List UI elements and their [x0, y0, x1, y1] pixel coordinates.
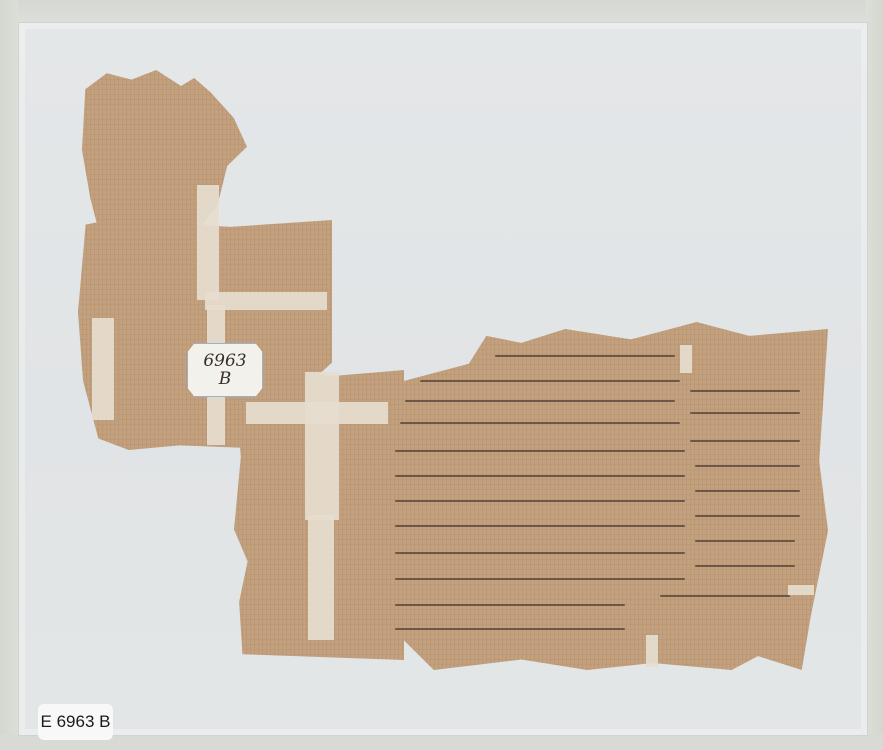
tape-strip [197, 185, 219, 300]
ink-line [405, 400, 675, 402]
frame-edge-right [866, 0, 883, 750]
tape-strip [92, 318, 114, 420]
frame-edge-bottom [0, 734, 883, 750]
glass-frame: 6963 B E 6963 B [0, 0, 883, 750]
ink-line [400, 422, 680, 424]
inventory-code: E 6963 B [41, 712, 111, 732]
ink-line [395, 525, 685, 527]
ink-line [395, 552, 685, 554]
inventory-suffix: B [219, 370, 232, 388]
ink-line [495, 355, 675, 357]
ink-line [690, 440, 800, 442]
tape-strip [305, 372, 339, 520]
ink-line [395, 604, 625, 606]
ink-line [395, 475, 685, 477]
tape-strip [680, 345, 692, 373]
ink-line [695, 540, 795, 542]
inventory-label-old: 6963 B [187, 343, 263, 397]
ink-line [690, 390, 800, 392]
ink-line [395, 450, 685, 452]
inventory-label-new: E 6963 B [38, 704, 113, 740]
ink-line [695, 515, 800, 517]
ink-line [690, 412, 800, 414]
tape-strip [308, 515, 334, 640]
frame-edge-top [0, 0, 883, 22]
ink-line [395, 500, 685, 502]
frame-edge-left [0, 0, 18, 750]
papyrus-fragment-text [390, 322, 828, 670]
ink-line [695, 465, 800, 467]
ink-line [695, 490, 800, 492]
ink-line [695, 565, 795, 567]
ink-line [660, 595, 790, 597]
ink-line [395, 628, 625, 630]
tape-strip [646, 635, 658, 667]
ink-line [395, 578, 685, 580]
inventory-number: 6963 [203, 352, 246, 370]
tape-strip [788, 585, 814, 595]
ink-line [420, 380, 680, 382]
